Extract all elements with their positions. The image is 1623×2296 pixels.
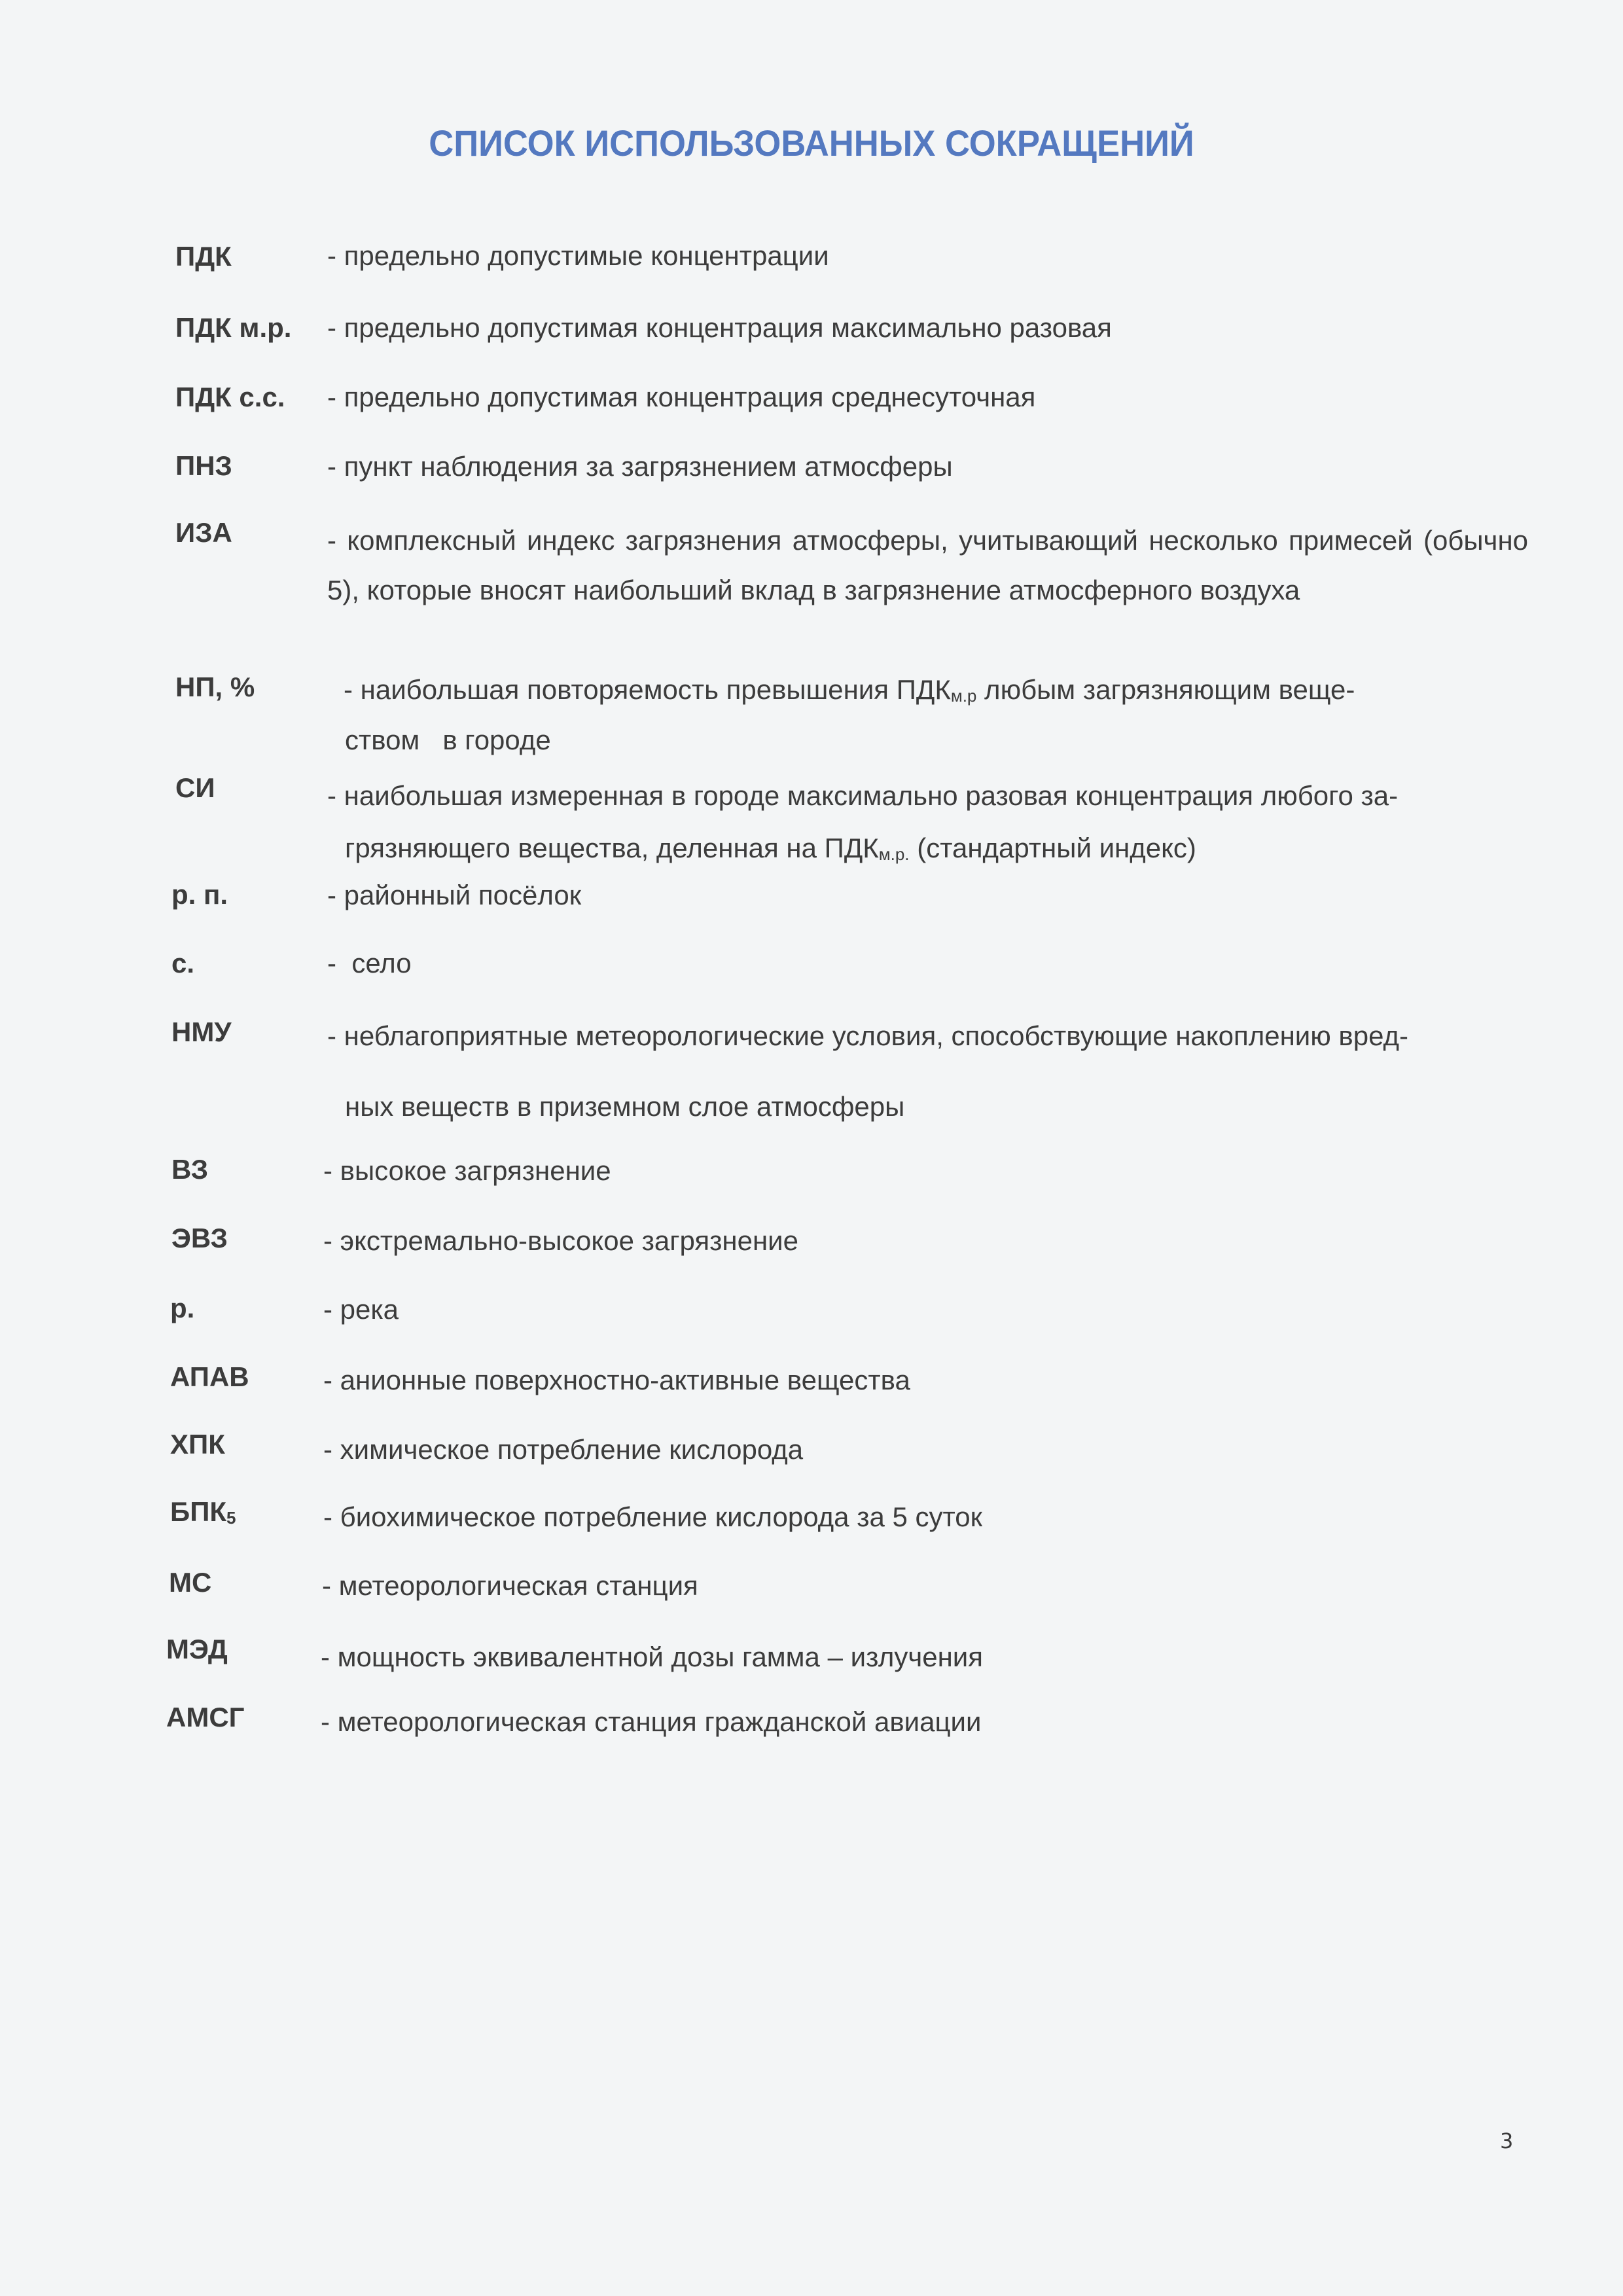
abbr-bpk-subscript: 5	[226, 1508, 236, 1528]
abbr-evz: ЭВЗ	[171, 1223, 228, 1254]
definition-iza: - комплексный индекс загрязнения атмосфе…	[327, 516, 1528, 615]
definition-nmu-line1: - неблагоприятные метеорологические усло…	[327, 1019, 1408, 1053]
definition-pnz: - пункт наблюдения за загрязнением атмос…	[327, 450, 953, 484]
abbr-s: с.	[171, 948, 194, 979]
definition-np-line2: ством в городе	[345, 723, 551, 757]
page-title: СПИСОК ИСПОЛЬЗОВАННЫХ СОКРАЩЕНИЙ	[48, 122, 1574, 164]
definition-pdk-mr: - предельно допустимая концентрация макс…	[327, 311, 1112, 345]
abbr-amsg: АМСГ	[166, 1702, 244, 1733]
definition-si-subscript: м.р.	[879, 844, 910, 864]
definition-pdk-ss: - предельно допустимая концентрация сред…	[327, 380, 1035, 414]
abbr-r: р.	[170, 1293, 194, 1324]
abbr-pdk: ПДК	[175, 241, 232, 272]
abbr-pdk-ss: ПДК с.с.	[175, 382, 285, 413]
abbr-pdk-mr: ПДК м.р.	[175, 312, 291, 344]
definition-np-text-b: любым загрязняющим веще-	[976, 674, 1355, 705]
definition-si-line1: - наибольшая измеренная в городе максима…	[327, 779, 1398, 813]
definition-si-text-a: грязняющего вещества, деленная на ПДК	[345, 833, 879, 863]
abbr-iza: ИЗА	[175, 517, 232, 548]
abbr-hpk: ХПК	[170, 1429, 225, 1460]
definition-np-text-a: - наибольшая повторяемость превышения ПД…	[344, 674, 951, 705]
abbr-apav: АПАВ	[170, 1361, 249, 1393]
definition-nmu-line2: ных веществ в приземном слое атмосферы	[345, 1090, 904, 1124]
abbr-np: НП, %	[175, 672, 255, 703]
abbr-rp: р. п.	[171, 879, 228, 910]
definition-np-line1: - наибольшая повторяемость превышения ПД…	[344, 673, 1355, 713]
definition-med: - мощность эквивалентной дозы гамма – из…	[321, 1640, 983, 1674]
definition-iza-text: - комплексный индекс загрязнения атмосфе…	[327, 516, 1528, 615]
definition-si-line2: грязняющего вещества, деленная на ПДКм.р…	[345, 831, 1196, 871]
definition-s: - село	[327, 946, 412, 980]
abbr-pnz: ПНЗ	[175, 450, 232, 482]
definition-pdk: - предельно допустимые концентрации	[327, 239, 829, 273]
definition-amsg: - метеорологическая станция гражданской …	[321, 1705, 981, 1739]
definition-np-subscript: м.р	[951, 686, 977, 706]
definition-hpk: - химическое потребление кислорода	[323, 1433, 803, 1467]
definition-bpk5: - биохимическое потребление кислорода за…	[323, 1500, 982, 1534]
abbr-nmu: НМУ	[171, 1016, 231, 1048]
abbr-med: МЭД	[166, 1634, 228, 1665]
abbr-vz: ВЗ	[171, 1154, 208, 1185]
definition-si-text-b: (стандартный индекс)	[910, 833, 1196, 863]
definition-ms: - метеорологическая станция	[322, 1569, 698, 1603]
definition-evz: - экстремально-высокое загрязнение	[323, 1224, 798, 1258]
definition-apav: - анионные поверхностно-активные веществ…	[323, 1363, 910, 1397]
definition-vz: - высокое загрязнение	[323, 1154, 611, 1188]
definition-rp: - районный посёлок	[327, 878, 581, 912]
page-number: 3	[1500, 2128, 1513, 2153]
abbr-bpk-main: БПК	[170, 1496, 226, 1527]
abbr-si: СИ	[175, 772, 215, 804]
abbr-bpk5: БПК5	[170, 1496, 236, 1528]
abbr-ms: МС	[169, 1567, 211, 1598]
definition-r: - река	[323, 1293, 399, 1327]
